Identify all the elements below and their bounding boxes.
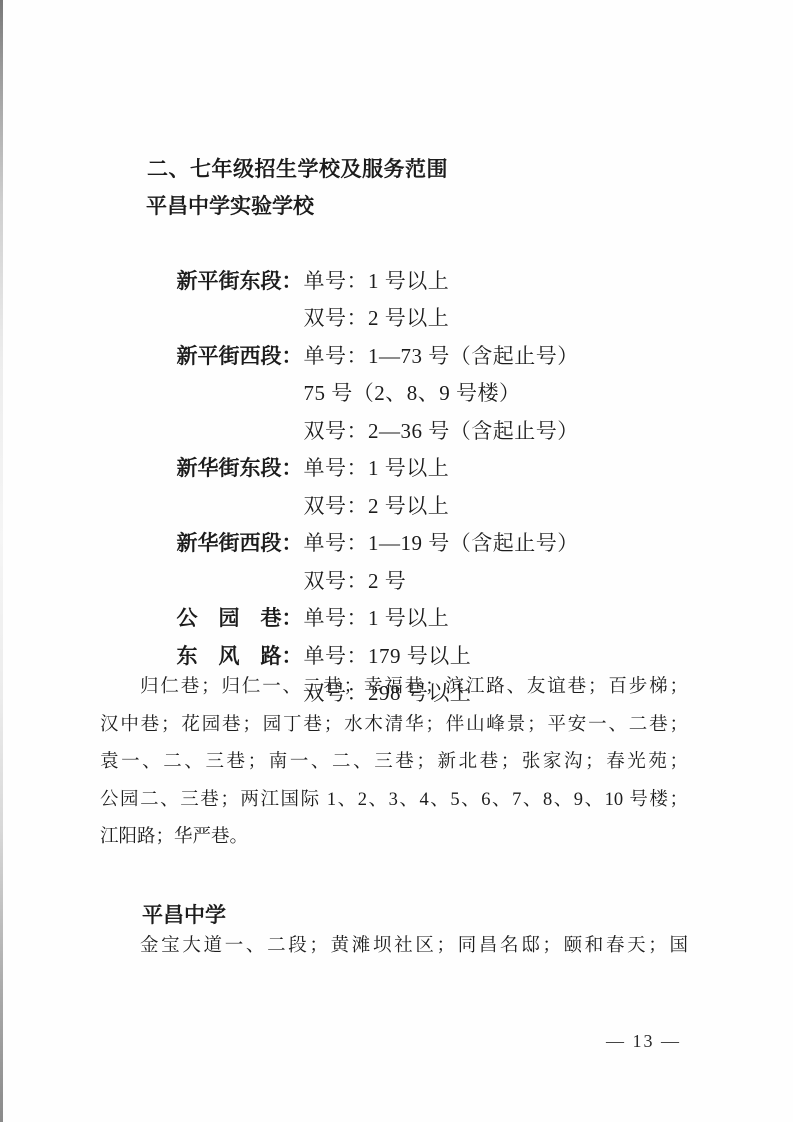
street-label: 新平街西段： [177, 338, 304, 376]
service-area-line: 江阳路；华严巷。 [100, 819, 688, 857]
range-value: 双号：2 号 [304, 569, 407, 593]
street-range-row: 新平街东段：单号：1 号以上 [145, 225, 725, 263]
service-area-line: 汉中巷；花园巷；园丁巷；水木清华；伴山峰景；平安一、二巷； [100, 707, 688, 745]
range-value: 单号：1—73 号（含起止号） [304, 344, 579, 368]
range-value: 单号：179 号以上 [304, 644, 472, 668]
service-area-line: 金宝大道一、二段；黄滩坝社区；同昌名邸；颐和春天；国 [100, 928, 688, 966]
service-area-paragraph: 归仁巷；归仁一、二巷；幸福巷；滨江路、友谊巷；百步梯； 汉中巷；花园巷；园丁巷；… [100, 669, 688, 857]
range-value: 单号：1 号以上 [304, 606, 450, 630]
page-number: — 13 — [606, 1031, 681, 1052]
service-area-line: 袁一、二、三巷；南一、二、三巷；新北巷；张家沟；春光苑； [100, 744, 688, 782]
service-area-line: 公园二、三巷；两江国际 1、2、3、4、5、6、7、8、9、10 号楼； [100, 782, 688, 820]
street-label: 公 园 巷： [177, 600, 304, 638]
street-label: 新华街西段： [177, 525, 304, 563]
street-label: 新华街东段： [177, 450, 304, 488]
range-value: 双号：2—36 号（含起止号） [304, 419, 579, 443]
service-area-paragraph-2: 金宝大道一、二段；黄滩坝社区；同昌名邸；颐和春天；国 [100, 928, 688, 966]
school-name-pingchang-middle: 平昌中学 [142, 899, 226, 929]
section-heading: 二、七年级招生学校及服务范围 [147, 153, 448, 183]
range-value: 75 号（2、8、9 号楼） [304, 381, 521, 405]
street-label: 新平街东段： [177, 263, 304, 301]
scan-edge-artifact [0, 0, 3, 1122]
range-value: 双号：2 号以上 [304, 306, 450, 330]
range-value: 单号：1 号以上 [304, 456, 450, 480]
street-range-list: 新平街东段：单号：1 号以上 双号：2 号以上 新平街西段：单号：1—73 号（… [145, 225, 725, 675]
range-value: 单号：1—19 号（含起止号） [304, 531, 579, 555]
document-page: 二、七年级招生学校及服务范围 平昌中学实验学校 新平街东段：单号：1 号以上 双… [0, 0, 793, 1122]
range-value: 双号：2 号以上 [304, 494, 450, 518]
range-value: 单号：1 号以上 [304, 269, 450, 293]
service-area-line: 归仁巷；归仁一、二巷；幸福巷；滨江路、友谊巷；百步梯； [100, 669, 688, 707]
school-name-pingchang-experimental: 平昌中学实验学校 [146, 190, 314, 220]
